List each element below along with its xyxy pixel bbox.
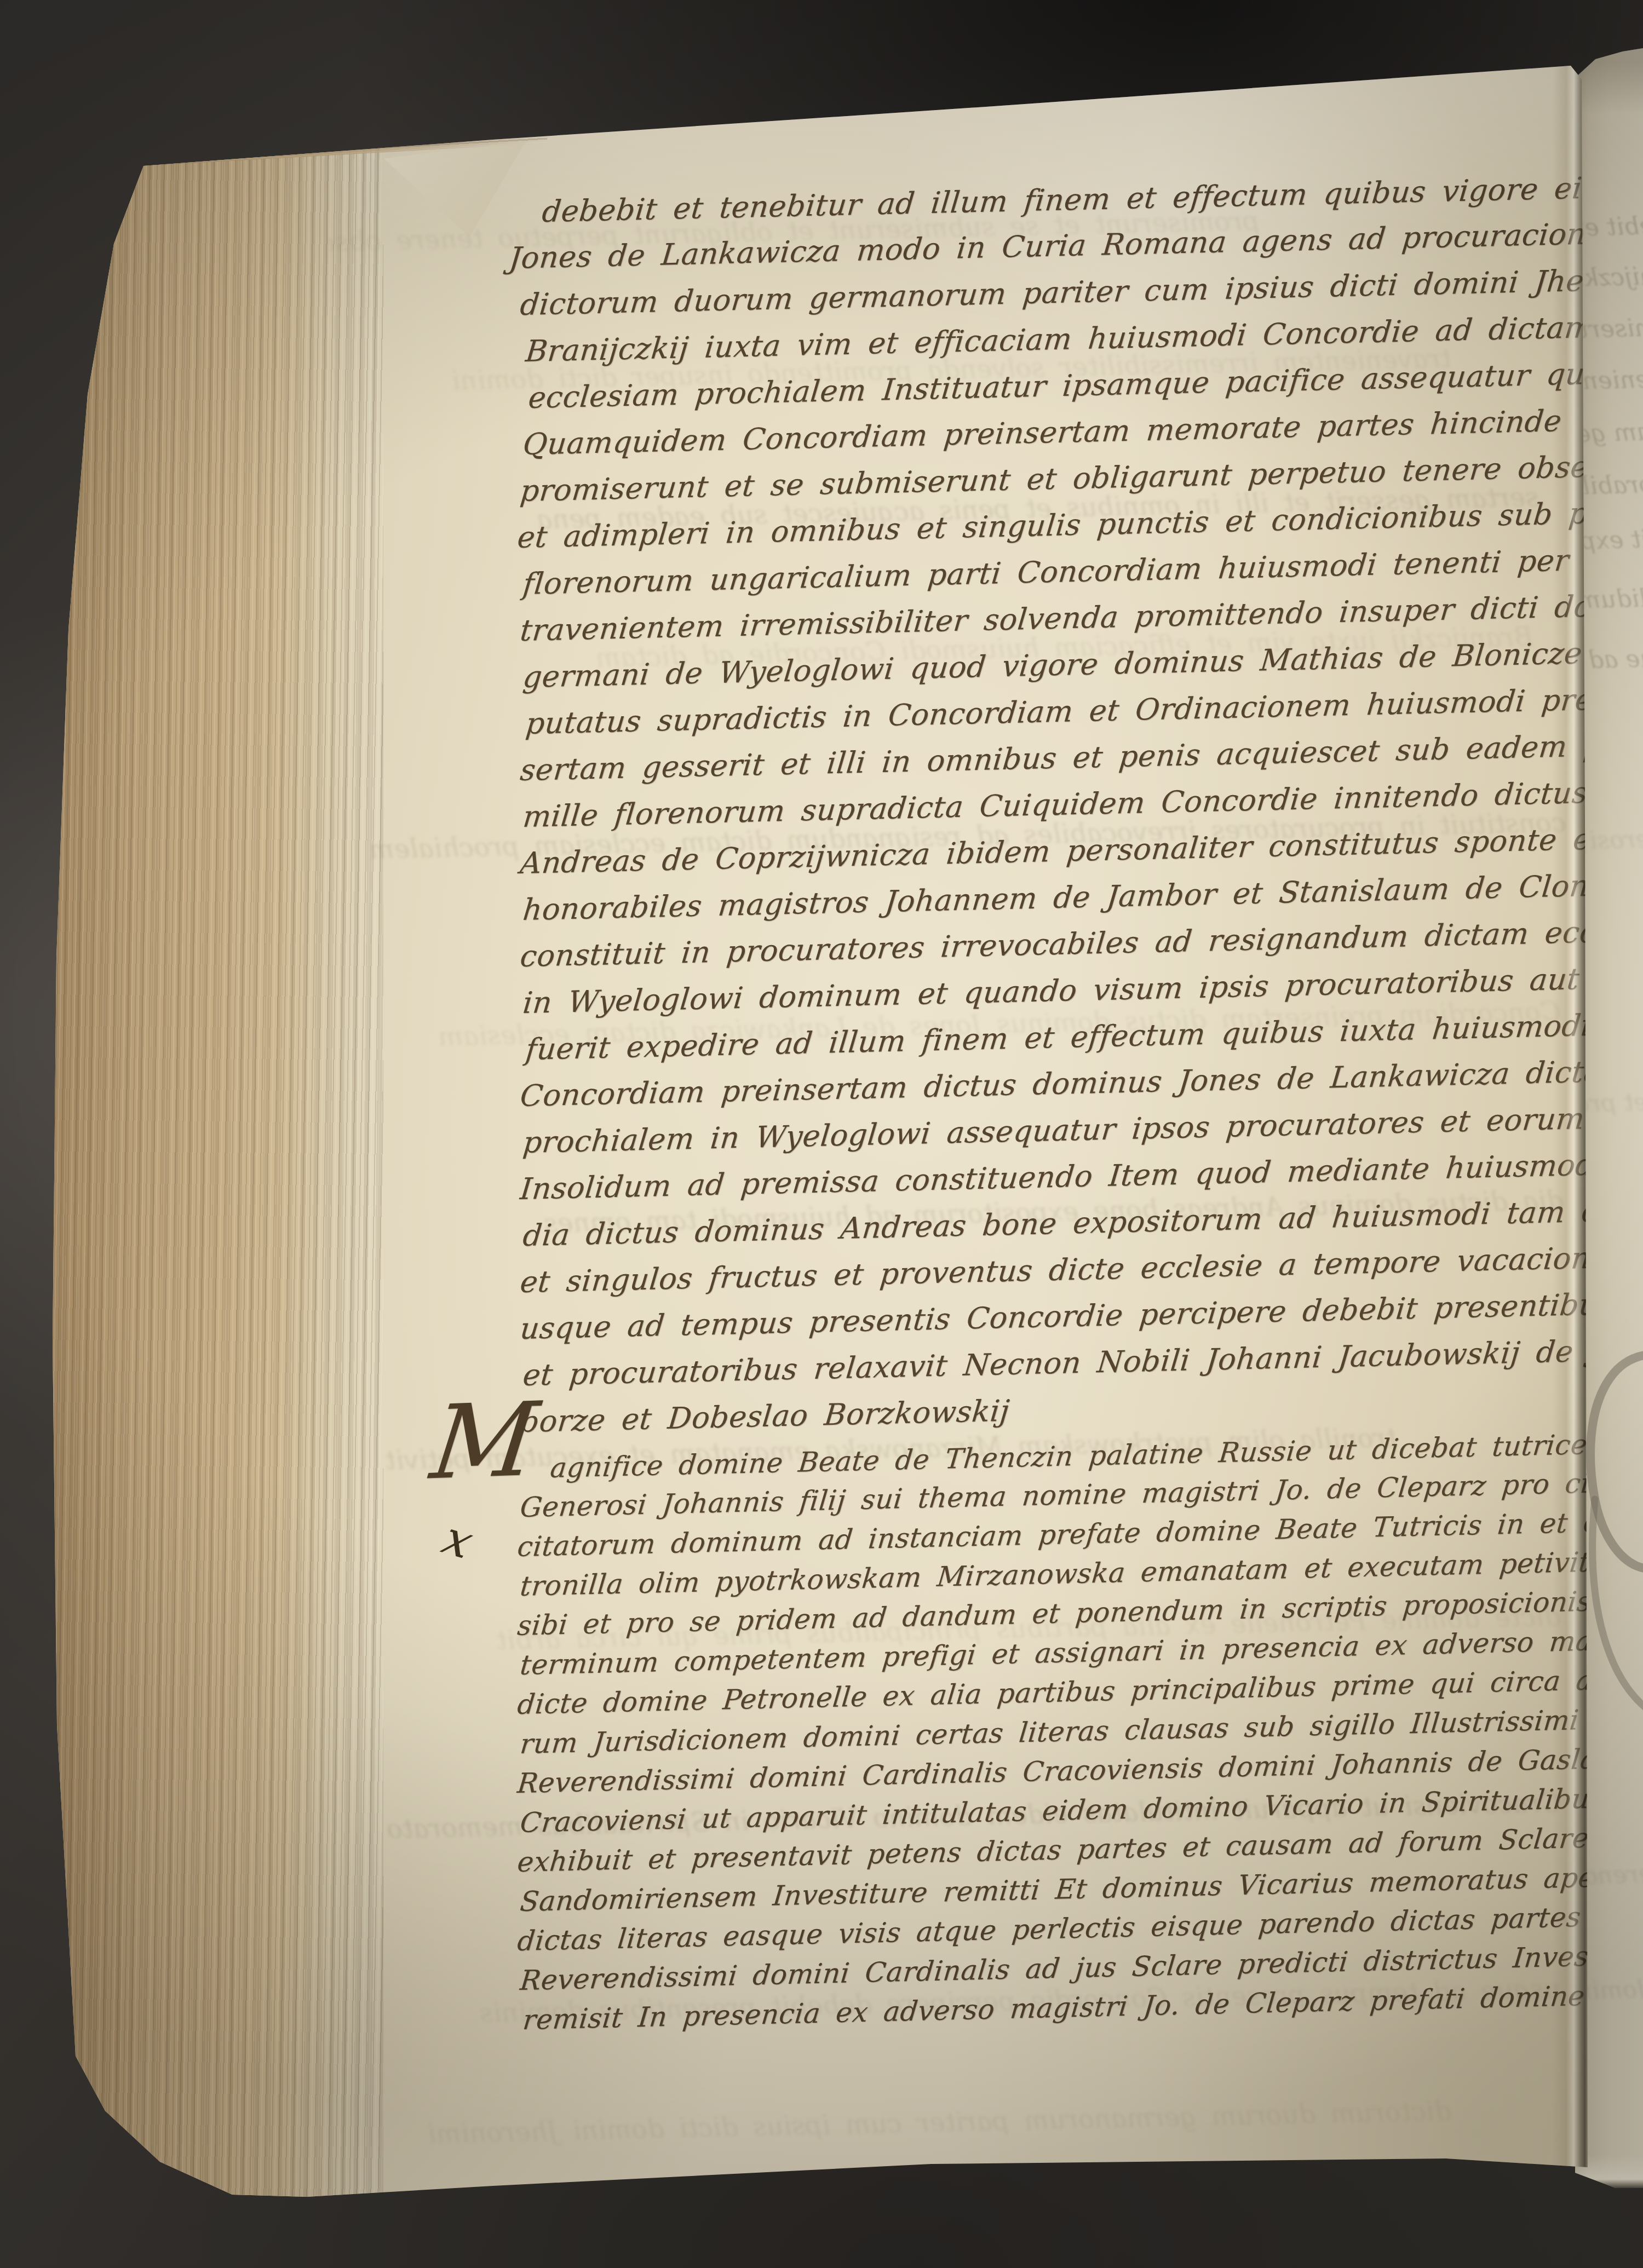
fore-edge-stack [22,131,383,2207]
bleedthrough-line: debebit et tenebitur ad illum finem et e… [1578,211,1643,242]
bleedthrough-line: honorabiles magistros Johannem de Jambor… [1578,469,1643,500]
bleedthrough-line: Reverendissimi domini Cardinalis Cracovi… [1578,1859,1643,1890]
bleedthrough-line: Sandomiriensem Investiture remitti Et do… [1578,1974,1643,2005]
bleedthrough-line: sertam gesserit et illi in omnibus et pe… [1578,417,1643,448]
initial-letter: M [427,1389,543,1494]
manuscript-photo-root: { "colors": { "background": "#3a3734", "… [0,0,1643,2268]
bleedthrough-line: promiserunt et se submiserunt et obligar… [1578,313,1643,344]
bleedthrough-line: Generosi Johannis filij sui thema nomine… [1578,824,1643,855]
book-page: promiserunt et se submiserunt et obligar… [0,0,1643,2268]
bleedthrough-line: Insolidum ad premissa constituendo Item … [1578,583,1643,614]
bleedthrough-line: Branijczkij iuxta vim et efficaciam huiu… [1578,261,1643,292]
bleedthrough-line: sibi et pro se pridem ad dandum et ponen… [1578,1087,1643,1118]
bleedthrough-line: travenientem irremissibiliter solvenda p… [1578,364,1643,395]
bleedthrough-line: fuerit expedire ad illum finem et effect… [1578,524,1643,555]
bleedthrough-line: usque ad tempus presentis Concordie perc… [1578,643,1643,675]
